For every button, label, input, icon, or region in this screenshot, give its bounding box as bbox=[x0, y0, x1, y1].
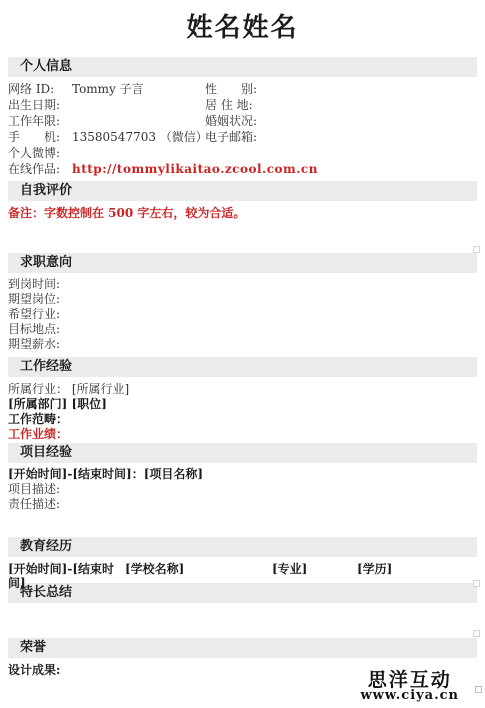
field-label: 到岗时间: bbox=[8, 277, 477, 292]
personal-info-row: 在线作品: http://tommylikaitao.zcool.com.cn bbox=[8, 161, 477, 177]
field-label: 性 别: bbox=[205, 81, 269, 97]
watermark: 思洋互动 www.ciya.cn bbox=[360, 671, 459, 702]
project-desc-row: 项目描述: bbox=[8, 482, 477, 497]
field-value: Tommy 子言 bbox=[72, 81, 144, 97]
work-dept-position-row: [所属部门] [职位] bbox=[8, 397, 477, 412]
field-label: 手 机: bbox=[8, 129, 72, 145]
field-label: 所属行业： bbox=[8, 382, 68, 396]
section-title: 求职意向 bbox=[20, 255, 72, 270]
field-label: 个人微博: bbox=[8, 145, 72, 161]
section-header-work-experience: 工作经验 bbox=[8, 357, 477, 377]
portfolio-link[interactable]: http://tommylikaitao.zcool.com.cn bbox=[72, 161, 318, 177]
placeholder-square-icon bbox=[473, 630, 480, 637]
field-label: 在线作品: bbox=[8, 161, 72, 177]
project-duty-row: 责任描述: bbox=[8, 497, 477, 512]
placeholder-square-icon bbox=[473, 580, 480, 587]
work-experience-rows: 所属行业： [所属行业] [所属部门] [职位] 工作范畴： 工作业绩： bbox=[8, 377, 477, 442]
field-label: 期望岗位: bbox=[8, 292, 477, 307]
personal-info-row: 工作年限: 婚姻状况: bbox=[8, 113, 477, 129]
project-experience-rows: [开始时间]-[结束时间]：[项目名称] 项目描述: 责任描述: bbox=[8, 463, 477, 512]
self-eval-note: 备注：字数控制在 500 字左右，较为合适。 bbox=[8, 206, 477, 220]
section-title: 自我评价 bbox=[20, 183, 72, 198]
field-label: 电子邮箱: bbox=[205, 129, 269, 145]
job-intention-rows: 到岗时间: 期望岗位: 希望行业: 目标地点: 期望薪水: bbox=[8, 273, 477, 352]
field-label: 目标地点: bbox=[8, 322, 477, 337]
field-label: 出生日期: bbox=[8, 97, 72, 113]
education-row: [开始时间]-[结束时间] [学校名称] [专业] [学历] bbox=[8, 562, 477, 576]
field-label: 期望薪水: bbox=[8, 337, 477, 352]
personal-info-row: 个人微博: bbox=[8, 145, 477, 161]
work-performance-row: 工作业绩： bbox=[8, 427, 477, 442]
work-scope-row: 工作范畴： bbox=[8, 412, 477, 427]
personal-info-row: 网络 ID: Tommy 子言 性 别: bbox=[8, 81, 477, 97]
section-header-personal-info: 个人信息 bbox=[8, 57, 477, 77]
watermark-brand: 思洋互动 bbox=[360, 671, 459, 689]
work-industry-row: 所属行业： [所属行业] bbox=[8, 382, 477, 397]
section-title: 特长总结 bbox=[20, 585, 72, 600]
section-title: 项目经验 bbox=[20, 445, 72, 460]
resume-body: 个人信息 网络 ID: Tommy 子言 性 别: 出生日期: 居 住 地: 工… bbox=[8, 57, 477, 677]
watermark-url: www.ciya.cn bbox=[360, 689, 459, 702]
page-title: 姓名姓名 bbox=[0, 11, 485, 46]
section-title: 荣誉 bbox=[20, 640, 46, 655]
field-placeholder: [所属行业] bbox=[72, 382, 129, 396]
field-label: 婚姻状况: bbox=[205, 113, 269, 129]
project-timeline-row: [开始时间]-[结束时间]：[项目名称] bbox=[8, 467, 477, 482]
section-title: 个人信息 bbox=[20, 59, 72, 74]
field-label: 工作年限: bbox=[8, 113, 72, 129]
section-header-specialty: 特长总结 bbox=[8, 583, 477, 603]
section-header-honors: 荣誉 bbox=[8, 638, 477, 658]
section-title: 教育经历 bbox=[20, 539, 72, 554]
phone-value: 13580547703 （微信） bbox=[72, 129, 208, 145]
placeholder-square-icon bbox=[473, 246, 480, 253]
placeholder-square-icon bbox=[475, 686, 482, 693]
edu-timeline: [开始时间]-[结束时间] bbox=[8, 562, 125, 576]
section-title: 工作经验 bbox=[20, 359, 72, 374]
field-label: 希望行业: bbox=[8, 307, 477, 322]
personal-info-row: 手 机: 13580547703 （微信） 电子邮箱: bbox=[8, 129, 477, 145]
section-header-job-intention: 求职意向 bbox=[8, 253, 477, 273]
section-header-self-eval: 自我评价 bbox=[8, 181, 477, 201]
section-header-project-experience: 项目经验 bbox=[8, 443, 477, 463]
edu-school: [学校名称] bbox=[125, 562, 272, 576]
personal-info-grid: 网络 ID: Tommy 子言 性 别: 出生日期: 居 住 地: 工作年限: … bbox=[8, 77, 477, 177]
edu-degree: [学历] bbox=[357, 562, 392, 576]
personal-info-row: 出生日期: 居 住 地: bbox=[8, 97, 477, 113]
section-header-education: 教育经历 bbox=[8, 537, 477, 557]
field-label: 网络 ID: bbox=[8, 81, 72, 97]
field-label: 居 住 地: bbox=[205, 97, 269, 113]
edu-major: [专业] bbox=[272, 562, 357, 576]
